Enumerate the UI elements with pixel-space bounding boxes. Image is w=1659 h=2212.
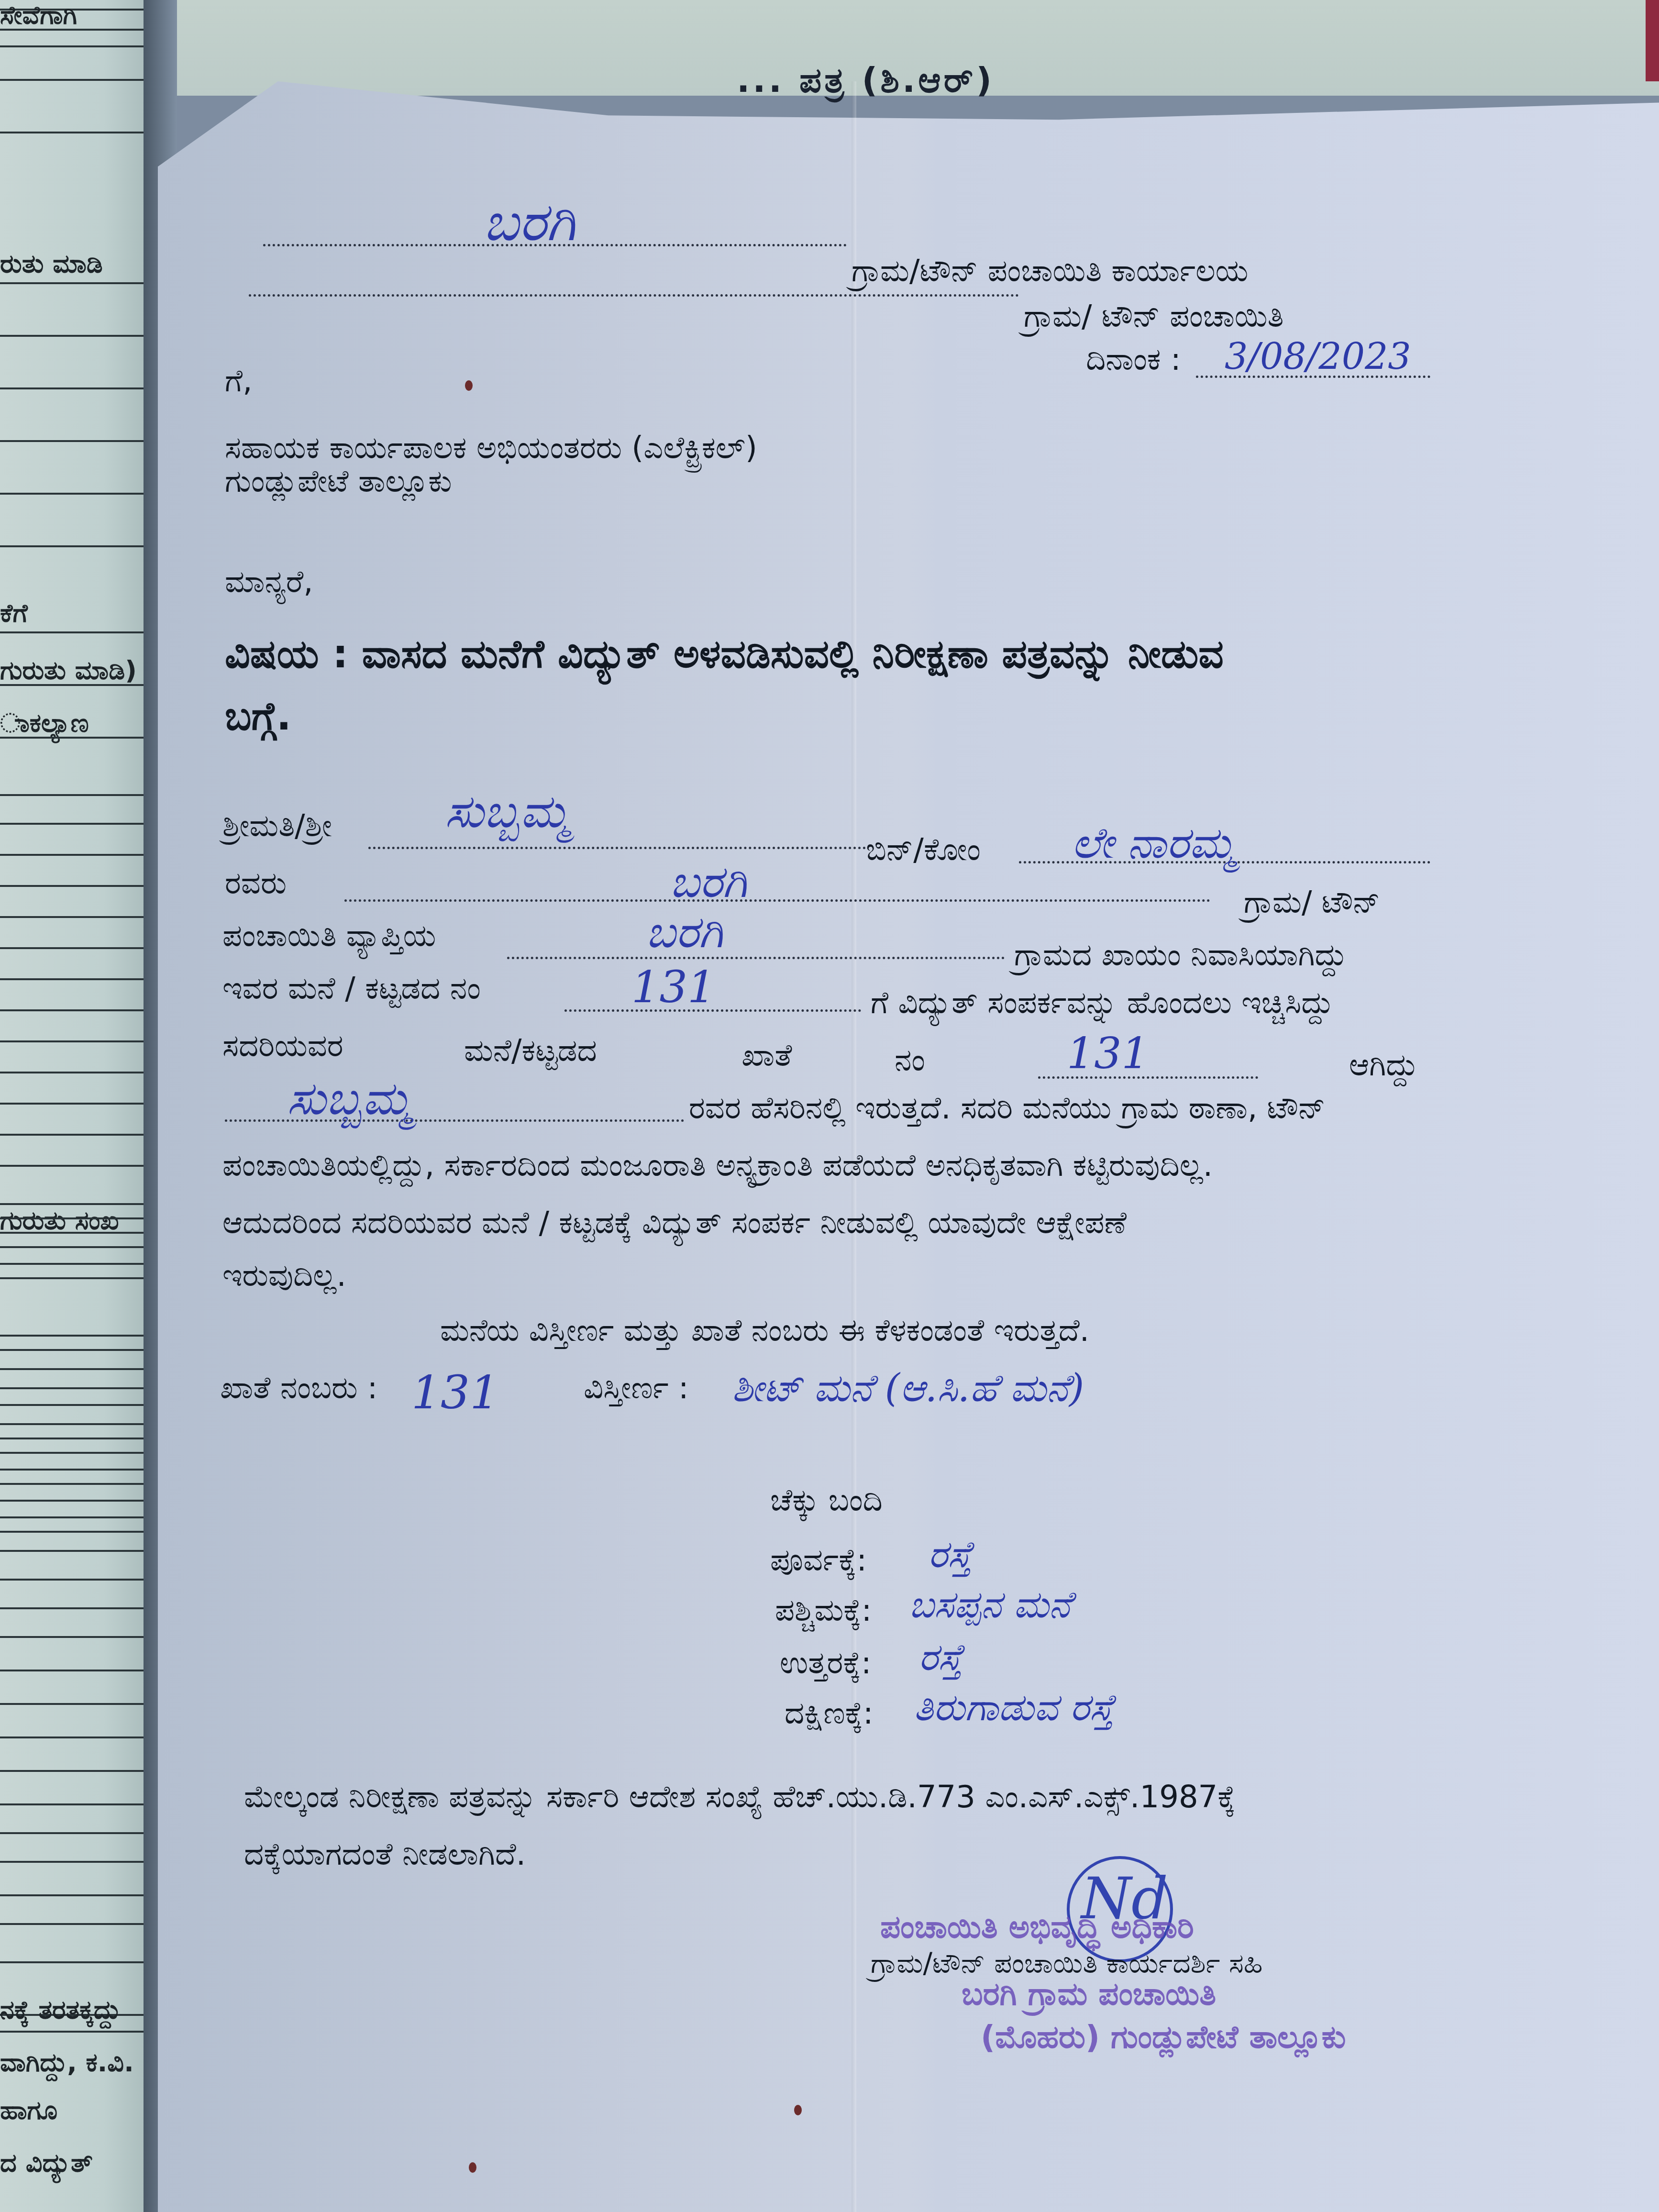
ravaru-label: ರವರು (225, 866, 287, 901)
relation-label: ಬಿನ್/ಕೋಂ (866, 832, 981, 868)
dotted-fill-line (263, 244, 847, 246)
para-line-3: ಆದುದರಿಂದ ಸದರಿಯವರ ಮನೆ / ಕಟ್ಟಡಕ್ಕೆ ವಿದ್ಯುತ… (222, 1206, 1127, 1241)
extent-value: ಶೀಟ್ ಮನೆ (ಆ.ಸಿ.ಹೆ ಮನೆ) (732, 1366, 1084, 1411)
name-label: ಶ್ರೀಮತಿ/ಶ್ರೀ (222, 808, 332, 844)
paper-fold-crease (852, 81, 856, 2212)
left-page-text: ಾಕಲ್ಯಾಣ (0, 708, 89, 739)
boundary-east-label: ಪೂರ್ವಕ್ಕೆ: (770, 1543, 867, 1578)
to-label: ಗೆ, (225, 364, 253, 399)
ink-dot (469, 2162, 476, 2173)
khata-prefix-4: ನಂ (895, 1043, 925, 1078)
addressee-taluk: ಗುಂಡ್ಲುಪೇಟೆ ತಾಲ್ಲೂಕು (225, 464, 452, 499)
stamp-line-3: (ಮೊಹರು) ಗುಂಡ್ಲುಪೇಟೆ ತಾಲ್ಲೂಕು (981, 2019, 1346, 2057)
left-page-text: ವಾಗಿದ್ದು, ಕ.ವಿ. (0, 2047, 134, 2078)
date-value: 3/08/2023 (1225, 335, 1411, 377)
khata-prefix-3: ಖಾತೆ (741, 1038, 792, 1073)
resident-text: ಗ್ರಾಮದ ಖಾಯಂ ನಿವಾಸಿಯಾಗಿದ್ದು (1014, 938, 1347, 973)
owner-value: ಸುಬ್ಬಮ್ಮ (287, 1072, 412, 1126)
red-cover-edge (1646, 0, 1659, 81)
inspection-letter-sheet (158, 81, 1659, 2212)
boundary-east-value: ರಸ್ತೆ (928, 1533, 972, 1577)
closing-line-2: ದಕ್ಕೆಯಾಗದಂತೆ ನೀಡಲಾಗಿದೆ. (244, 1837, 526, 1872)
applicant-name-value: ಸುಬ್ಬಮ್ಮ (445, 785, 570, 839)
dotted-fill-line (344, 899, 1210, 902)
connection-text: ಗೆ ವಿದ್ಯುತ್ ಸಂಪರ್ಕವನ್ನು ಹೊಂದಲು ಇಚ್ಚಿಸಿದ್… (871, 985, 1334, 1021)
subject-line: ವಿಷಯ : ವಾಸದ ಮನೆಗೆ ವಿದ್ಯುತ್ ಅಳವಡಿಸುವಲ್ಲಿ … (225, 631, 1224, 677)
panchayat-area-value: ಬರಗಿ (646, 907, 723, 959)
stamp-line-1: ಪಂಚಾಯಿತಿ ಅಭಿವೃದ್ಧಿ ಅಧಿಕಾರಿ (880, 1909, 1194, 1947)
khata-prefix-1: ಸದರಿಯವರ (222, 1029, 343, 1064)
left-page-text: ರುತು ಮಾಡಿ (0, 249, 103, 279)
left-page-text: ಕೆಗೆ (0, 598, 28, 629)
dotted-fill-line (507, 957, 1005, 959)
boundary-west-value: ಬಸಪ್ಪನ ಮನೆ (909, 1583, 1071, 1627)
para-line-4: ಇರುವುದಿಲ್ಲ. (222, 1258, 346, 1294)
left-page-text: ದ ವಿದ್ಯುತ್ (0, 2148, 93, 2179)
boundaries-title: ಚೆಕ್ಕು ಬಂದಿ (770, 1483, 883, 1518)
khata-number-value: 131 (411, 1366, 499, 1419)
dotted-fill-line (368, 847, 866, 849)
salutation: ಮಾನ್ಯರೆ, (225, 564, 313, 600)
boundary-north-label: ಉತ್ತರಕ್ಕೆ: (780, 1646, 871, 1681)
addressee-designation: ಸಹಾಯಕ ಕಾರ್ಯಪಾಲಕ ಅಭಿಯಂತರರು (ಎಲೆಕ್ಟ್ರಿಕಲ್) (225, 431, 757, 466)
left-page-text: ನಕ್ಕೆ ತರತಕ್ಕದ್ದು (0, 1995, 121, 2025)
ink-dot (465, 380, 473, 391)
relation-value: ಲೇ ನಾರಮ್ಮ (1072, 818, 1236, 869)
boundary-west-label: ಪಶ್ಚಿಮಕ್ಕೆ: (775, 1593, 872, 1628)
date-label: ದಿನಾಂಕ : (1086, 342, 1181, 377)
background-page-heading: ... ಪತ್ರ (ಶಿ.ಆರ್) (737, 60, 995, 101)
village-town-label: ಗ್ರಾಮ/ ಟೌನ್ (1244, 885, 1380, 920)
para-line-1: ರವರ ಹೆಸರಿನಲ್ಲಿ ಇರುತ್ತದೆ. ಸದರಿ ಮನೆಯು ಗ್ರಾ… (689, 1091, 1326, 1126)
left-page-text: ಹಾಗೂ (0, 2095, 57, 2126)
khata-value: 131 (1067, 1029, 1149, 1079)
subject-label: ವಿಷಯ : (225, 631, 348, 677)
extent-label: ವಿಸ್ತೀರ್ಣ : (584, 1371, 689, 1406)
secretary-signature-title: ಗ್ರಾಮ/ಟೌನ್ ಪಂಚಾಯಿತಿ ಕಾರ್ಯದರ್ಶಿ ಸಹಿ (871, 1947, 1263, 1980)
house-number-value: 131 (631, 962, 716, 1013)
panchayat-label: ಗ್ರಾಮ/ ಟೌನ್ ಪಂಚಾಯಿತಿ (1024, 299, 1284, 334)
khata-suffix: ಆಗಿದ್ದು (1349, 1048, 1418, 1083)
subject-text: ವಾಸದ ಮನೆಗೆ ವಿದ್ಯುತ್ ಅಳವಡಿಸುವಲ್ಲಿ ನಿರೀಕ್ಷ… (362, 631, 1224, 677)
office-label: ಗ್ರಾಮ/ಟೌನ್ ಪಂಚಾಯಿತಿ ಕಾರ್ಯಾಲಯ (852, 254, 1248, 289)
khata-number-label: ಖಾತೆ ನಂಬರು : (220, 1371, 377, 1406)
stamp-line-2: ಬರಗಿ ಗ್ರಾಮ ಪಂಚಾಯಿತಿ (962, 1976, 1216, 2013)
left-notebook-page: ಸೇವೆಗಾಗಿ ರುತು ಮಾಡಿ ಕೆಗೆ ಗುರುತು ಮಾಡಿ) ಾಕಲ… (0, 0, 151, 2212)
para-line-2: ಪಂಚಾಯಿತಿಯಲ್ಲಿದ್ದು, ಸರ್ಕಾರದಿಂದ ಮಂಜೂರಾತಿ ಅ… (222, 1148, 1213, 1183)
dotted-fill-line (249, 294, 1019, 297)
subject-text-continued: ಬಗ್ಗೆ. (225, 694, 291, 740)
panchayat-area-label: ಪಂಚಾಯಿತಿ ವ್ಯಾಪ್ತಿಯ (222, 918, 436, 954)
boundary-north-value: ರಸ್ತೆ (918, 1636, 962, 1680)
boundary-south-label: ದಕ್ಷಿಣಕ್ಕೆ: (785, 1696, 874, 1731)
khata-prefix-2: ಮನೆ/ಕಟ್ಟಡದ (464, 1033, 597, 1069)
boundary-south-value: ತಿರುಗಾಡುವ ರಸ್ತೆ (914, 1686, 1114, 1730)
ink-dot (794, 2105, 802, 2115)
house-number-label: ಇವರ ಮನೆ / ಕಟ್ಟಡದ ನಂ (222, 971, 481, 1006)
extent-intro: ಮನೆಯ ವಿಸ್ತೀರ್ಣ ಮತ್ತು ಖಾತೆ ನಂಬರು ಈ ಕೆಳಕಂಡ… (440, 1313, 1089, 1349)
village-value: ಬರಗಿ (670, 856, 747, 908)
closing-line-1: ಮೇಲ್ಕಂಡ ನಿರೀಕ್ಷಣಾ ಪತ್ರವನ್ನು ಸರ್ಕಾರಿ ಆದೇಶ… (244, 1780, 1236, 1815)
left-page-text: ಗುರುತು ಮಾಡಿ) (0, 655, 137, 686)
left-page-text: ಸೇವೆಗಾಗಿ (0, 0, 77, 31)
